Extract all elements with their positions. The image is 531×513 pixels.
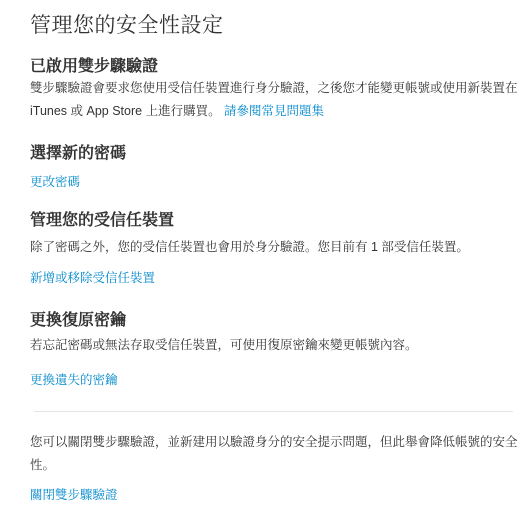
add-remove-trusted-device-link[interactable]: 新增或移除受信任裝置 bbox=[30, 270, 522, 286]
section-two-step-enabled: 已啟用雙步驟驗證 雙步驟驗證會要求您使用受信任裝置進行身分驗證，之後您才能變更帳… bbox=[30, 57, 522, 123]
turn-off-two-step-link[interactable]: 關閉雙步驟驗證 bbox=[30, 487, 522, 503]
recovery-key-description: 若忘記密碼或無法存取受信任裝置，可使用復原密鑰來變更帳號內容。 bbox=[30, 334, 522, 357]
section-divider bbox=[34, 411, 513, 412]
turn-off-two-step-description: 您可以關閉雙步驟驗證，並新建用以驗證身分的安全提示問題，但此舉會降低帳號的安全性… bbox=[30, 431, 522, 477]
section-recovery-key: 更換復原密鑰 若忘記密碼或無法存取受信任裝置，可使用復原密鑰來變更帳號內容。 更… bbox=[30, 311, 522, 388]
two-step-description: 雙步驟驗證會要求您使用受信任裝置進行身分驗證，之後您才能變更帳號或使用新裝置在 … bbox=[30, 77, 522, 123]
two-step-enabled-heading: 已啟用雙步驟驗證 bbox=[30, 57, 522, 77]
page-title: 管理您的安全性設定 bbox=[30, 14, 522, 37]
recovery-key-heading: 更換復原密鑰 bbox=[30, 311, 522, 331]
section-turn-off-two-step: 您可以關閉雙步驟驗證，並新建用以驗證身分的安全提示問題，但此舉會降低帳號的安全性… bbox=[30, 431, 522, 503]
change-password-link[interactable]: 更改密碼 bbox=[30, 174, 522, 190]
faq-link[interactable]: 請參閱常見問題集 bbox=[224, 104, 324, 118]
replace-lost-key-link[interactable]: 更換遺失的密鑰 bbox=[30, 372, 522, 388]
trusted-devices-heading: 管理您的受信任裝置 bbox=[30, 211, 522, 231]
section-trusted-devices: 管理您的受信任裝置 除了密碼之外，您的受信任裝置也會用於身分驗證。您目前有 1 … bbox=[30, 211, 522, 286]
section-new-password: 選擇新的密碼 更改密碼 bbox=[30, 144, 522, 190]
security-settings-page: 管理您的安全性設定 已啟用雙步驟驗證 雙步驟驗證會要求您使用受信任裝置進行身分驗… bbox=[0, 0, 531, 513]
new-password-heading: 選擇新的密碼 bbox=[30, 144, 522, 164]
trusted-devices-description: 除了密碼之外，您的受信任裝置也會用於身分驗證。您目前有 1 部受信任裝置。 bbox=[30, 236, 522, 259]
